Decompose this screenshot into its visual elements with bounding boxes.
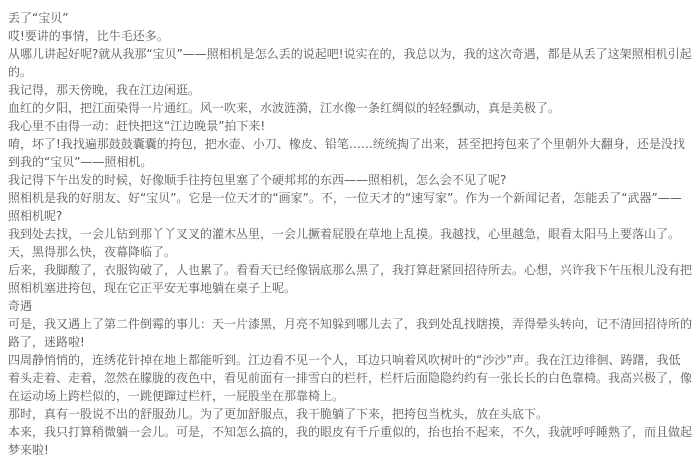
paragraph: 唷，坏了!我找遍那鼓鼓囊囊的挎包，把水壶、小刀、橡皮、铅笔……统统掏了出来，甚至… (8, 135, 692, 171)
paragraph: 我到处去找，一会儿钻到那丫丫叉叉的灌木丛里，一会儿撅着屁股在草地上乱摸。我越找，… (8, 225, 692, 243)
paragraph: 照相机是我的好朋友、好“宝贝”。它是一位天才的“画家”。不，一位天才的“速写家”… (8, 189, 692, 225)
document-page: 丢了“宝贝” 哎!要讲的事情，比牛毛还多。 从哪儿讲起好呢?就从我那“宝贝”——… (0, 0, 700, 464)
paragraph: 哎!要讲的事情，比牛毛还多。 (8, 27, 692, 45)
paragraph: 从哪儿讲起好呢?就从我那“宝贝”——照相机是怎么丢的说起吧!说实在的，我总以为，… (8, 45, 692, 81)
section-heading-lost-treasure: 丢了“宝贝” (8, 9, 692, 27)
paragraph: 四周静悄悄的，连绣花针掉在地上都能听到。江边看不见一个人，耳边只响着风吹树叶的“… (8, 351, 692, 405)
paragraph: 后来，我脚酸了，衣服钩破了，人也累了。看看天已经像锅底那么黑了，我打算赶紧回招待… (8, 261, 692, 297)
paragraph: 我记得下午出发的时候，好像顺手往挎包里塞了个硬邦邦的东西——照相机，怎么会不见了… (8, 171, 692, 189)
paragraph: 天，黑得那么快，夜幕降临了。 (8, 243, 692, 261)
paragraph: 本来，我只打算稍微躺一会儿。可是，不知怎么搞的，我的眼皮有千斤重似的，抬也抬不起… (8, 423, 692, 459)
paragraph: 血红的夕阳，把江面染得一片通红。风一吹来，水波涟漪，江水像一条红绸似的轻轻飘动，… (8, 99, 692, 117)
paragraph: 我记得，那天傍晚，我在江边闲逛。 (8, 81, 692, 99)
paragraph: 那时，真有一股说不出的舒服劲儿。为了更加舒服点，我干脆躺了下来，把挎包当枕头，放… (8, 405, 692, 423)
paragraph: 可是，我又遇上了第二件倒霉的事儿：天一片漆黑，月亮不知躲到哪儿去了，我到处乱找瞎… (8, 315, 692, 351)
paragraph: 我心里不由得一动：赶快把这“江边晚景”拍下来! (8, 117, 692, 135)
section-heading-adventure: 奇遇 (8, 297, 692, 315)
